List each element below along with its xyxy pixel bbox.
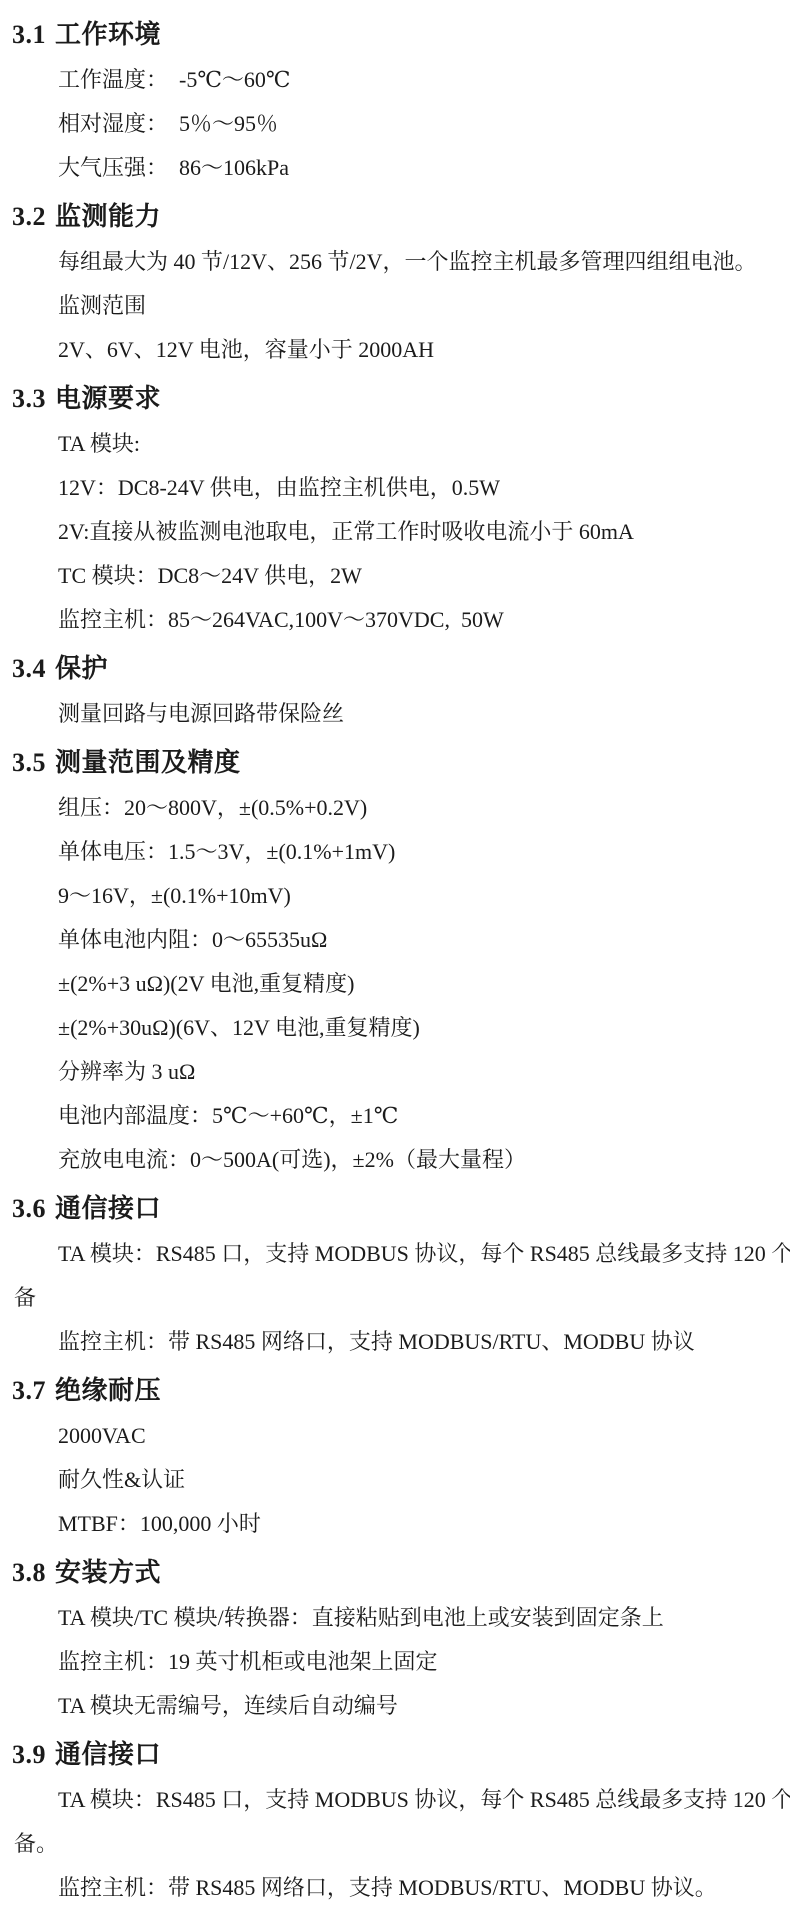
section: 3.3电源要求TA 模块:12V：DC8-24V 供电，由监控主机供电，0.5W… xyxy=(12,382,776,642)
spec-line: 监控主机：带 RS485 网络口，支持 MODBUS/RTU、MODBU 协议。 xyxy=(12,1866,776,1910)
section-number: 3.5 xyxy=(12,748,46,777)
spec-line: 组压：20～800V，±(0.5%+0.2V) xyxy=(12,786,776,830)
spec-line: 相对湿度： 5％～95％ xyxy=(12,102,776,146)
section-heading: 3.2监测能力 xyxy=(12,200,776,234)
section-number: 3.2 xyxy=(12,202,46,231)
spec-line: TA 模块无需编号，连续后自动编号 xyxy=(12,1684,776,1728)
spec-line: 2V:直接从被监测电池取电，正常工作时吸收电流小于 60mA xyxy=(12,510,776,554)
spec-line: 2V、6V、12V 电池，容量小于 2000AH xyxy=(12,328,776,372)
spec-line: 9～16V，±(0.1%+10mV) xyxy=(12,874,776,918)
section-title: 测量范围及精度 xyxy=(55,748,241,777)
section-heading: 3.7绝缘耐压 xyxy=(12,1374,776,1408)
section-title: 绝缘耐压 xyxy=(55,1376,161,1405)
spec-line: MTBF：100,000 小时 xyxy=(12,1502,776,1546)
section: 3.2监测能力每组最大为 40 节/12V、256 节/2V，一个监控主机最多管… xyxy=(12,200,776,372)
section-heading: 3.3电源要求 xyxy=(12,382,776,416)
spec-line: 单体电压：1.5～3V，±(0.1%+1mV) xyxy=(12,830,776,874)
section-heading: 3.5测量范围及精度 xyxy=(12,746,776,780)
spec-line: 监控主机：85～264VAC,100V～370VDC, 50W xyxy=(12,598,776,642)
section: 3.1工作环境工作温度： -5℃～60℃相对湿度： 5％～95％大气压强： 86… xyxy=(12,18,776,190)
spec-line: 监控主机：带 RS485 网络口，支持 MODBUS/RTU、MODBU 协议 xyxy=(12,1320,776,1364)
section: 3.5测量范围及精度组压：20～800V，±(0.5%+0.2V)单体电压：1.… xyxy=(12,746,776,1182)
document-body: 3.1工作环境工作温度： -5℃～60℃相对湿度： 5％～95％大气压强： 86… xyxy=(12,18,776,1910)
spec-line: TA 模块：RS485 口，支持 MODBUS 协议，每个 RS485 总线最多… xyxy=(12,1778,776,1822)
section-title: 安装方式 xyxy=(55,1558,161,1587)
spec-line: 监控主机：19 英寸机柜或电池架上固定 xyxy=(12,1640,776,1684)
section-title: 通信接口 xyxy=(55,1740,161,1769)
section-title: 保护 xyxy=(55,654,108,683)
section-number: 3.8 xyxy=(12,1558,46,1587)
section: 3.6通信接口TA 模块：RS485 口，支持 MODBUS 协议，每个 RS4… xyxy=(12,1192,776,1364)
section-heading: 3.1工作环境 xyxy=(12,18,776,52)
spec-line: TC 模块：DC8～24V 供电，2W xyxy=(12,554,776,598)
section-heading: 3.8安装方式 xyxy=(12,1556,776,1590)
section-number: 3.6 xyxy=(12,1194,46,1223)
section-title: 通信接口 xyxy=(55,1194,161,1223)
section-heading: 3.9通信接口 xyxy=(12,1738,776,1772)
spec-line: 工作温度： -5℃～60℃ xyxy=(12,58,776,102)
section-number: 3.3 xyxy=(12,384,46,413)
section-heading: 3.6通信接口 xyxy=(12,1192,776,1226)
section-number: 3.1 xyxy=(12,20,46,49)
section: 3.7绝缘耐压2000VAC耐久性&认证MTBF：100,000 小时 xyxy=(12,1374,776,1546)
section-title: 电源要求 xyxy=(55,384,161,413)
spec-line: 单体电池内阻：0～65535uΩ xyxy=(12,918,776,962)
section: 3.9通信接口TA 模块：RS485 口，支持 MODBUS 协议，每个 RS4… xyxy=(12,1738,776,1910)
spec-line: 分辨率为 3 uΩ xyxy=(12,1050,776,1094)
section: 3.8安装方式TA 模块/TC 模块/转换器：直接粘贴到电池上或安装到固定条上监… xyxy=(12,1556,776,1728)
section-number: 3.7 xyxy=(12,1376,46,1405)
spec-line: 充放电电流：0～500A(可选)，±2%（最大量程） xyxy=(12,1138,776,1182)
spec-line-continuation: 备 xyxy=(12,1276,776,1320)
spec-line: 电池内部温度：5℃～+60℃，±1℃ xyxy=(12,1094,776,1138)
spec-line: TA 模块：RS485 口，支持 MODBUS 协议，每个 RS485 总线最多… xyxy=(12,1232,776,1276)
section-number: 3.4 xyxy=(12,654,46,683)
section: 3.4保护测量回路与电源回路带保险丝 xyxy=(12,652,776,736)
spec-line: 大气压强： 86～106kPa xyxy=(12,146,776,190)
spec-line: ±(2%+3 uΩ)(2V 电池,重复精度) xyxy=(12,962,776,1006)
spec-line: 监测范围 xyxy=(12,284,776,328)
section-heading: 3.4保护 xyxy=(12,652,776,686)
document-page: 3.1工作环境工作温度： -5℃～60℃相对湿度： 5％～95％大气压强： 86… xyxy=(0,0,790,1923)
spec-line: TA 模块/TC 模块/转换器：直接粘贴到电池上或安装到固定条上 xyxy=(12,1596,776,1640)
spec-line: ±(2%+30uΩ)(6V、12V 电池,重复精度) xyxy=(12,1006,776,1050)
spec-line: TA 模块: xyxy=(12,422,776,466)
section-title: 监测能力 xyxy=(55,202,161,231)
spec-line: 每组最大为 40 节/12V、256 节/2V，一个监控主机最多管理四组组电池。 xyxy=(12,240,776,284)
spec-line: 2000VAC xyxy=(12,1414,776,1458)
spec-line: 12V：DC8-24V 供电，由监控主机供电，0.5W xyxy=(12,466,776,510)
section-title: 工作环境 xyxy=(55,20,161,49)
spec-line: 耐久性&认证 xyxy=(12,1458,776,1502)
spec-line-continuation: 备。 xyxy=(12,1822,776,1866)
spec-line: 测量回路与电源回路带保险丝 xyxy=(12,692,776,736)
section-number: 3.9 xyxy=(12,1740,46,1769)
